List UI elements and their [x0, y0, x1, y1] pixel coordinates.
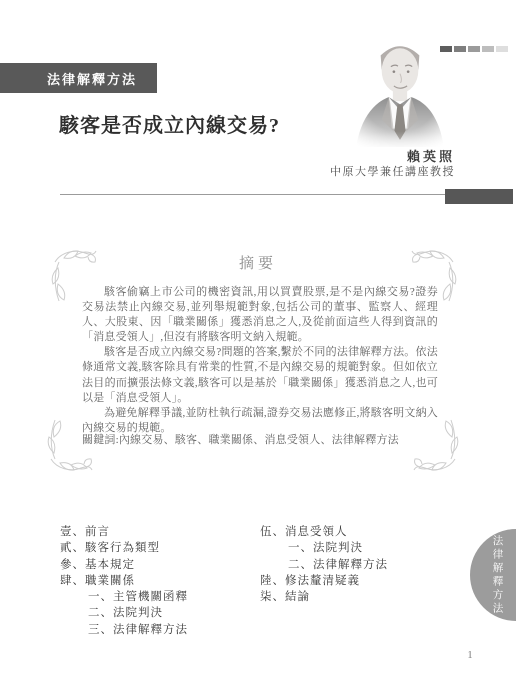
toc-item: 貳、駭客行為類型	[60, 540, 260, 556]
toc-subitem: 二、法院判決	[60, 605, 260, 621]
toc-item: 參、基本規定	[60, 557, 260, 573]
abstract-paragraph: 駭客偷竊上市公司的機密資訊,用以買賣股票,是不是內線交易?證券交易法禁止內線交易…	[82, 285, 438, 345]
keywords-line: 關鍵詞:內線交易、駭客、職業關係、消息受領人、法律解釋方法	[82, 431, 442, 447]
header-rule-line	[60, 194, 446, 195]
abstract-paragraph: 駭客是否成立內線交易?問題的答案,繫於不同的法律解釋方法。依法條通常文義,駭客除…	[82, 345, 438, 405]
toc-item: 肆、職業關係	[60, 573, 260, 589]
category-label-text: 法律解釋方法	[47, 69, 137, 88]
section-side-tab-label: 法律解釋方法	[481, 535, 506, 616]
toc-subitem: 一、法院判決	[260, 540, 460, 556]
abstract-body: 駭客偷竊上市公司的機密資訊,用以買賣股票,是不是內線交易?證券交易法禁止內線交易…	[82, 285, 438, 436]
author-portrait-image	[344, 33, 456, 147]
table-of-contents: 壹、前言 貳、駭客行為類型 參、基本規定 肆、職業關係 一、主管機關函釋 二、法…	[60, 524, 460, 638]
gradient-square-icon	[482, 46, 494, 52]
gradient-square-icon	[468, 46, 480, 52]
toc-item: 伍、消息受領人	[260, 524, 460, 540]
gradient-square-icon	[496, 46, 508, 52]
toc-subitem: 二、法律解釋方法	[260, 557, 460, 573]
toc-right-column: 伍、消息受領人 一、法院判決 二、法律解釋方法 陸、修法釐清疑義 柒、結論	[260, 524, 460, 638]
section-side-tab: 法律解釋方法	[470, 529, 516, 621]
toc-item: 陸、修法釐清疑義	[260, 573, 460, 589]
toc-subitem: 三、法律解釋方法	[60, 622, 260, 638]
toc-left-column: 壹、前言 貳、駭客行為類型 參、基本規定 肆、職業關係 一、主管機關函釋 二、法…	[60, 524, 260, 638]
author-affiliation: 中原大學兼任講座教授	[235, 163, 455, 179]
page-number: 1	[462, 650, 478, 661]
article-title: 駭客是否成立內線交易?	[59, 109, 280, 138]
header-rule-end-block	[445, 189, 513, 204]
toc-item: 壹、前言	[60, 524, 260, 540]
toc-subitem: 一、主管機關函釋	[60, 589, 260, 605]
category-label: 法律解釋方法	[0, 63, 157, 93]
toc-item: 柒、結論	[260, 589, 460, 605]
journal-page: 法律解釋方法 駭客是否成立內線交易?	[0, 0, 516, 700]
portrait-illustration	[344, 33, 456, 147]
